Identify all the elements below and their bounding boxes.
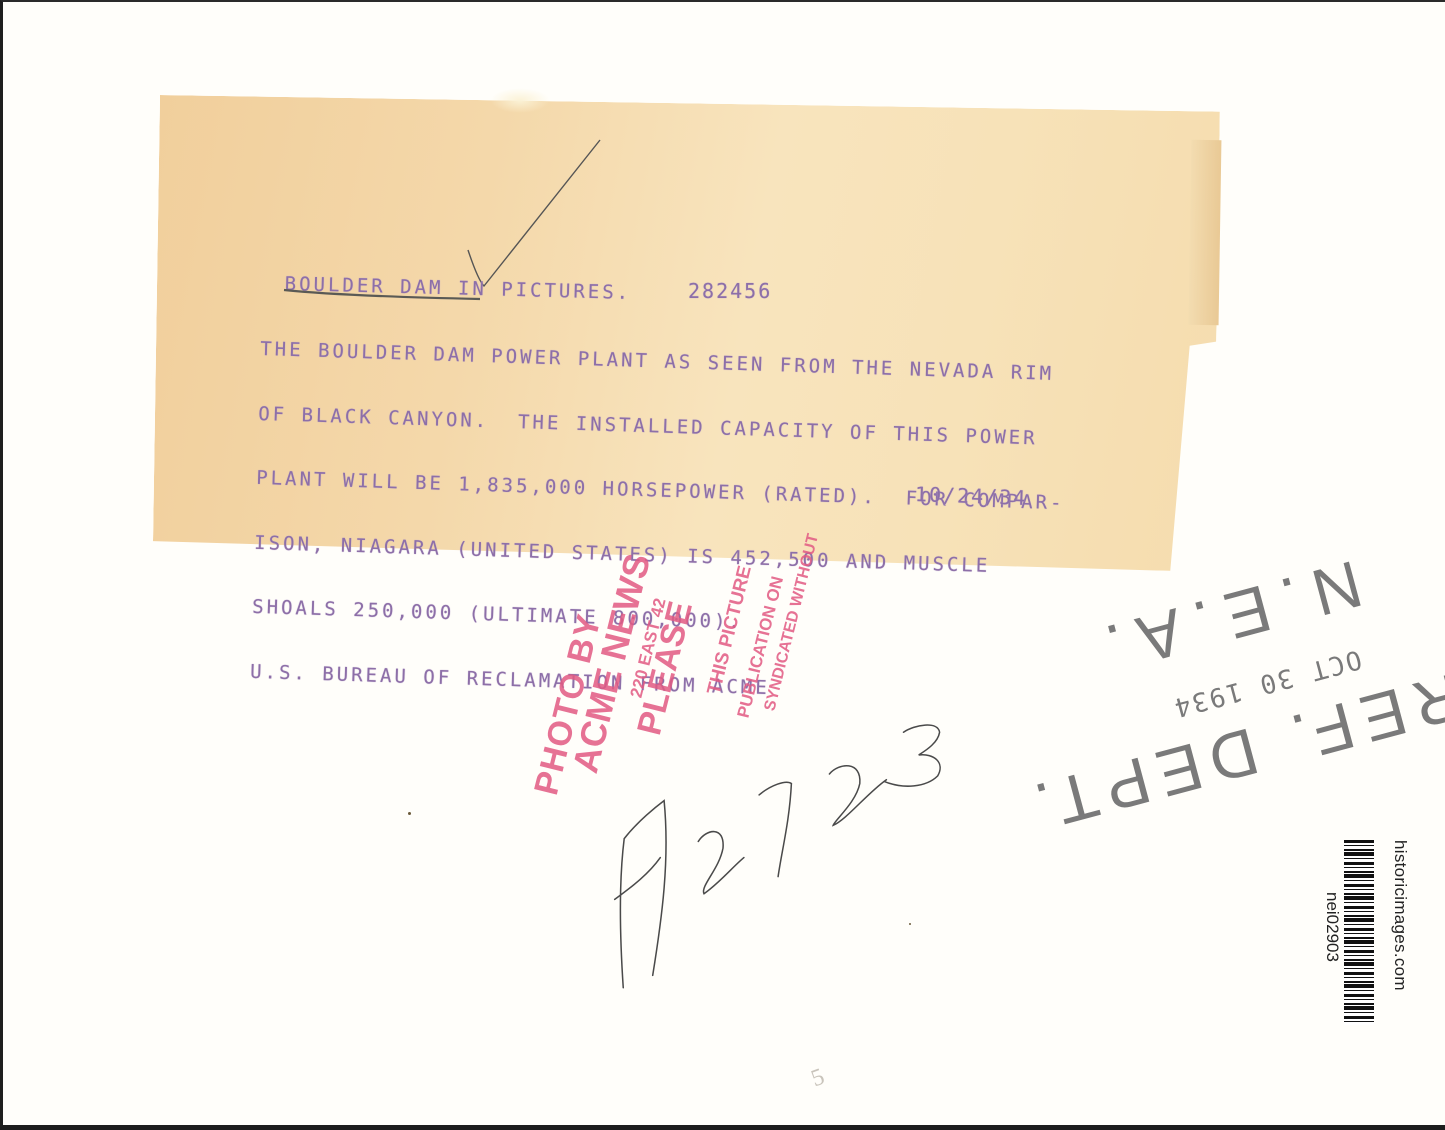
barcode-icon	[1344, 840, 1374, 1025]
pencil-checkmark-icon	[460, 130, 620, 290]
caption-line: OF BLACK CANYON. THE INSTALLED CAPACITY …	[258, 403, 1067, 449]
caption-date: 10/24/34	[915, 482, 1028, 510]
paper-stain	[490, 88, 550, 113]
barcode-site-text: historicimages.com	[1390, 840, 1410, 991]
faint-pencil-mark: 5	[808, 1064, 829, 1093]
handwritten-number	[590, 700, 970, 1000]
barcode-label: historicimages.com nei02903	[1330, 840, 1410, 1030]
nea-ref-stamp: N.E.A. OCT 30 1934 REF. DEPT.	[1030, 560, 1430, 820]
caption-line: THE BOULDER DAM POWER PLANT AS SEEN FROM…	[260, 339, 1069, 385]
speck	[408, 812, 411, 815]
photo-number: 282456	[688, 279, 772, 303]
barcode-id-text: nei02903	[1322, 892, 1342, 962]
speck	[909, 923, 911, 925]
caption-slip-fold	[1189, 140, 1222, 325]
